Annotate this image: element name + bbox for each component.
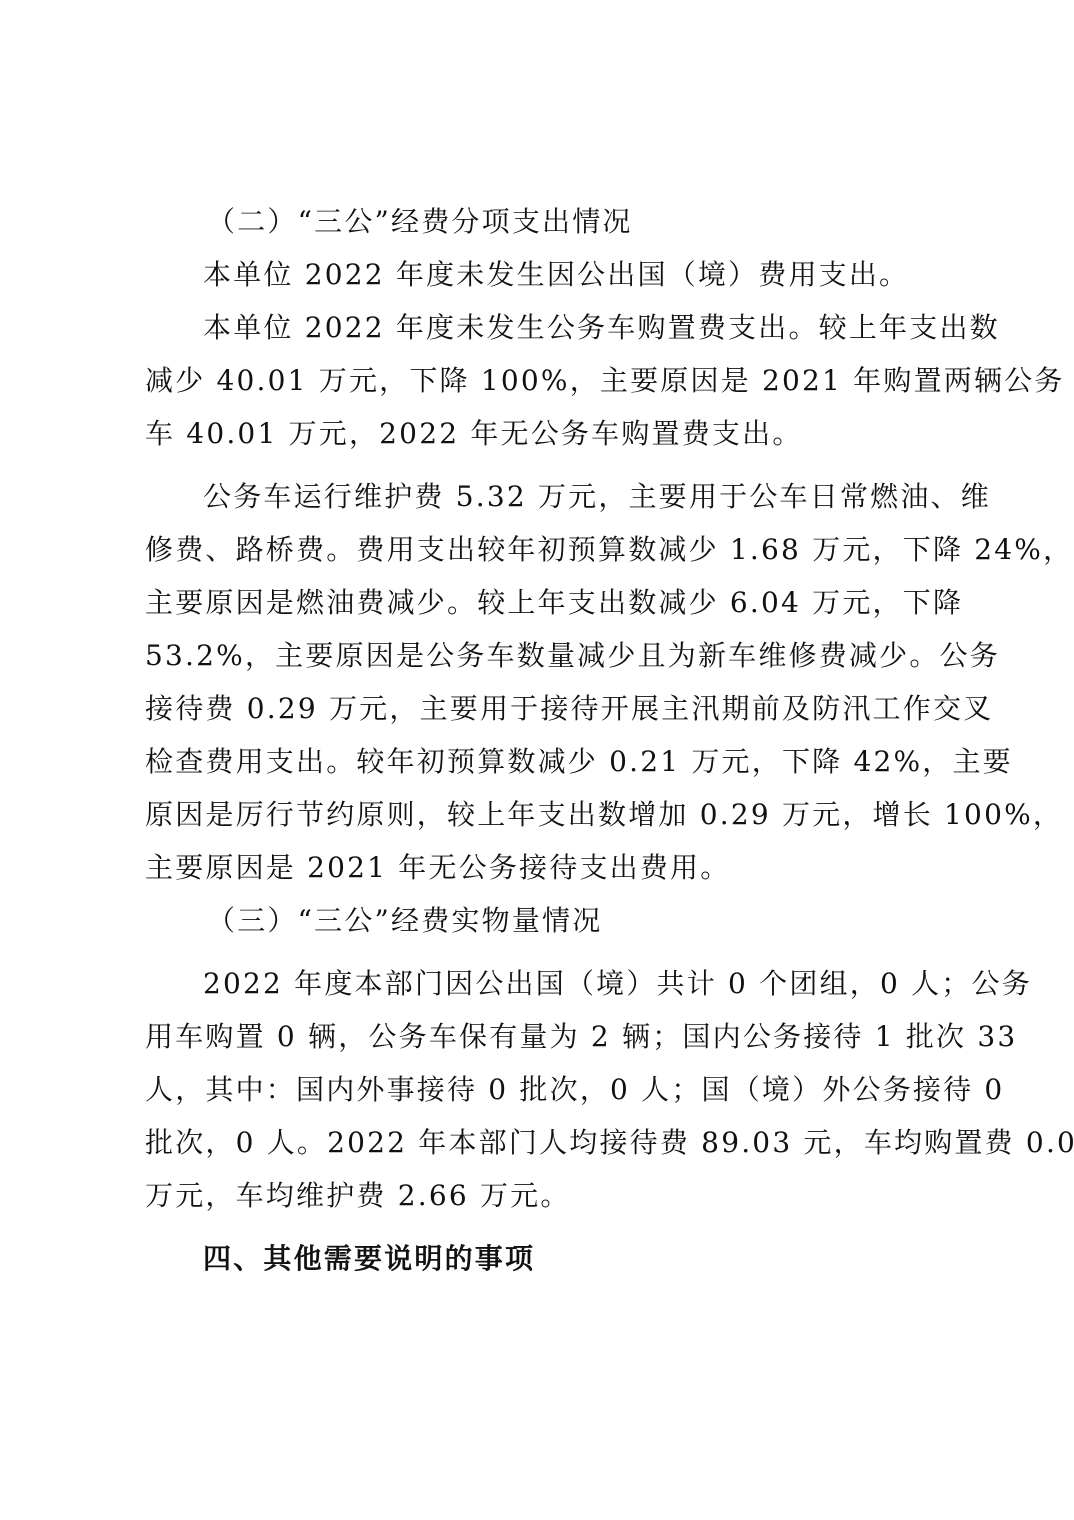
paragraph-vehicle-operation-line: 接待费 0.29 万元，主要用于接待开展主汛期前及防汛工作交叉 [145, 682, 945, 735]
paragraph-vehicle-operation-line: 主要原因是 2021 年无公务接待支出费用。 [145, 841, 945, 894]
paragraph-vehicle-purchase-line: 车 40.01 万元，2022 年无公务车购置费支出。 [145, 407, 945, 460]
paragraph-vehicle-purchase-line: 减少 40.01 万元，下降 100%，主要原因是 2021 年购置两辆公务 [145, 354, 945, 407]
section-heading-3: （三）“三公”经费实物量情况 [145, 894, 945, 947]
section-heading-2: （二）“三公”经费分项支出情况 [145, 195, 945, 248]
paragraph-physical-line: 万元，车均维护费 2.66 万元。 [145, 1169, 945, 1222]
paragraph-vehicle-operation-line: 修费、路桥费。费用支出较年初预算数减少 1.68 万元，下降 24%， [145, 523, 945, 576]
paragraph-vehicle-operation-line: 53.2%，主要原因是公务车数量减少且为新车维修费减少。公务 [145, 629, 945, 682]
paragraph-abroad-line: 本单位 2022 年度未发生因公出国（境）费用支出。 [145, 248, 945, 301]
document-page: （二）“三公”经费分项支出情况 本单位 2022 年度未发生因公出国（境）费用支… [145, 195, 945, 1285]
paragraph-vehicle-purchase-line: 本单位 2022 年度未发生公务车购置费支出。较上年支出数 [145, 301, 945, 354]
paragraph-physical-line: 人，其中：国内外事接待 0 批次，0 人；国（境）外公务接待 0 [145, 1063, 945, 1116]
paragraph-vehicle-operation-line: 原因是厉行节约原则，较上年支出数增加 0.29 万元，增长 100%， [145, 788, 945, 841]
paragraph-vehicle-operation-line: 公务车运行维护费 5.32 万元，主要用于公车日常燃油、维 [145, 470, 945, 523]
paragraph-vehicle-operation-line: 主要原因是燃油费减少。较上年支出数减少 6.04 万元，下降 [145, 576, 945, 629]
paragraph-vehicle-operation-line: 检查费用支出。较年初预算数减少 0.21 万元，下降 42%，主要 [145, 735, 945, 788]
section-heading-4: 四、其他需要说明的事项 [145, 1232, 945, 1285]
paragraph-physical-line: 2022 年度本部门因公出国（境）共计 0 个团组，0 人；公务 [145, 957, 945, 1010]
paragraph-physical-line: 用车购置 0 辆，公务车保有量为 2 辆；国内公务接待 1 批次 33 [145, 1010, 945, 1063]
paragraph-physical-line: 批次，0 人。2022 年本部门人均接待费 89.03 元，车均购置费 0.00 [145, 1116, 945, 1169]
